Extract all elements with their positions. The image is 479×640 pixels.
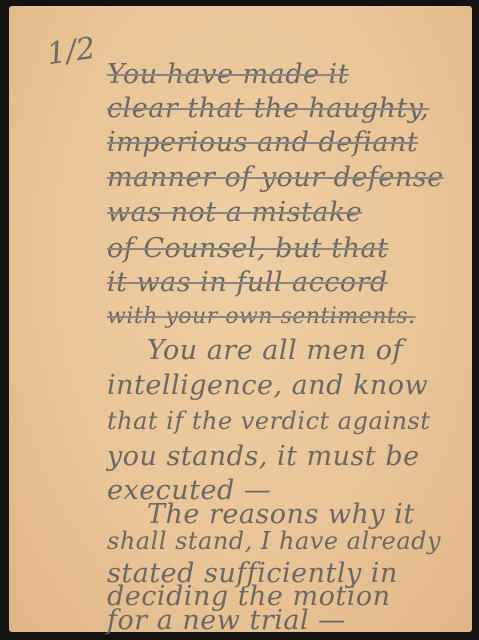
struck-line: imperious and defiant bbox=[107, 128, 477, 158]
text-line: shall stand, I have already bbox=[107, 526, 477, 556]
struck-line: manner of your defense bbox=[107, 163, 477, 193]
page-number: 1/2 bbox=[45, 31, 98, 72]
text-line: for a new trial — bbox=[107, 606, 477, 636]
text-line: you stands, it must be bbox=[107, 442, 477, 472]
text-line: that if the verdict against bbox=[107, 406, 477, 436]
manuscript-page: 1/2 You have made it clear that the haug… bbox=[9, 6, 472, 632]
text-line: intelligence, and know bbox=[107, 371, 477, 401]
struck-line: You have made it bbox=[107, 60, 477, 90]
struck-line: with your own sentiments. bbox=[107, 302, 477, 332]
struck-line: clear that the haughty, bbox=[107, 94, 477, 124]
struck-line: it was in full accord bbox=[107, 268, 477, 298]
struck-line: of Counsel, but that bbox=[107, 234, 477, 264]
struck-line: was not a mistake bbox=[107, 198, 477, 228]
text-line: You are all men of bbox=[107, 336, 479, 366]
